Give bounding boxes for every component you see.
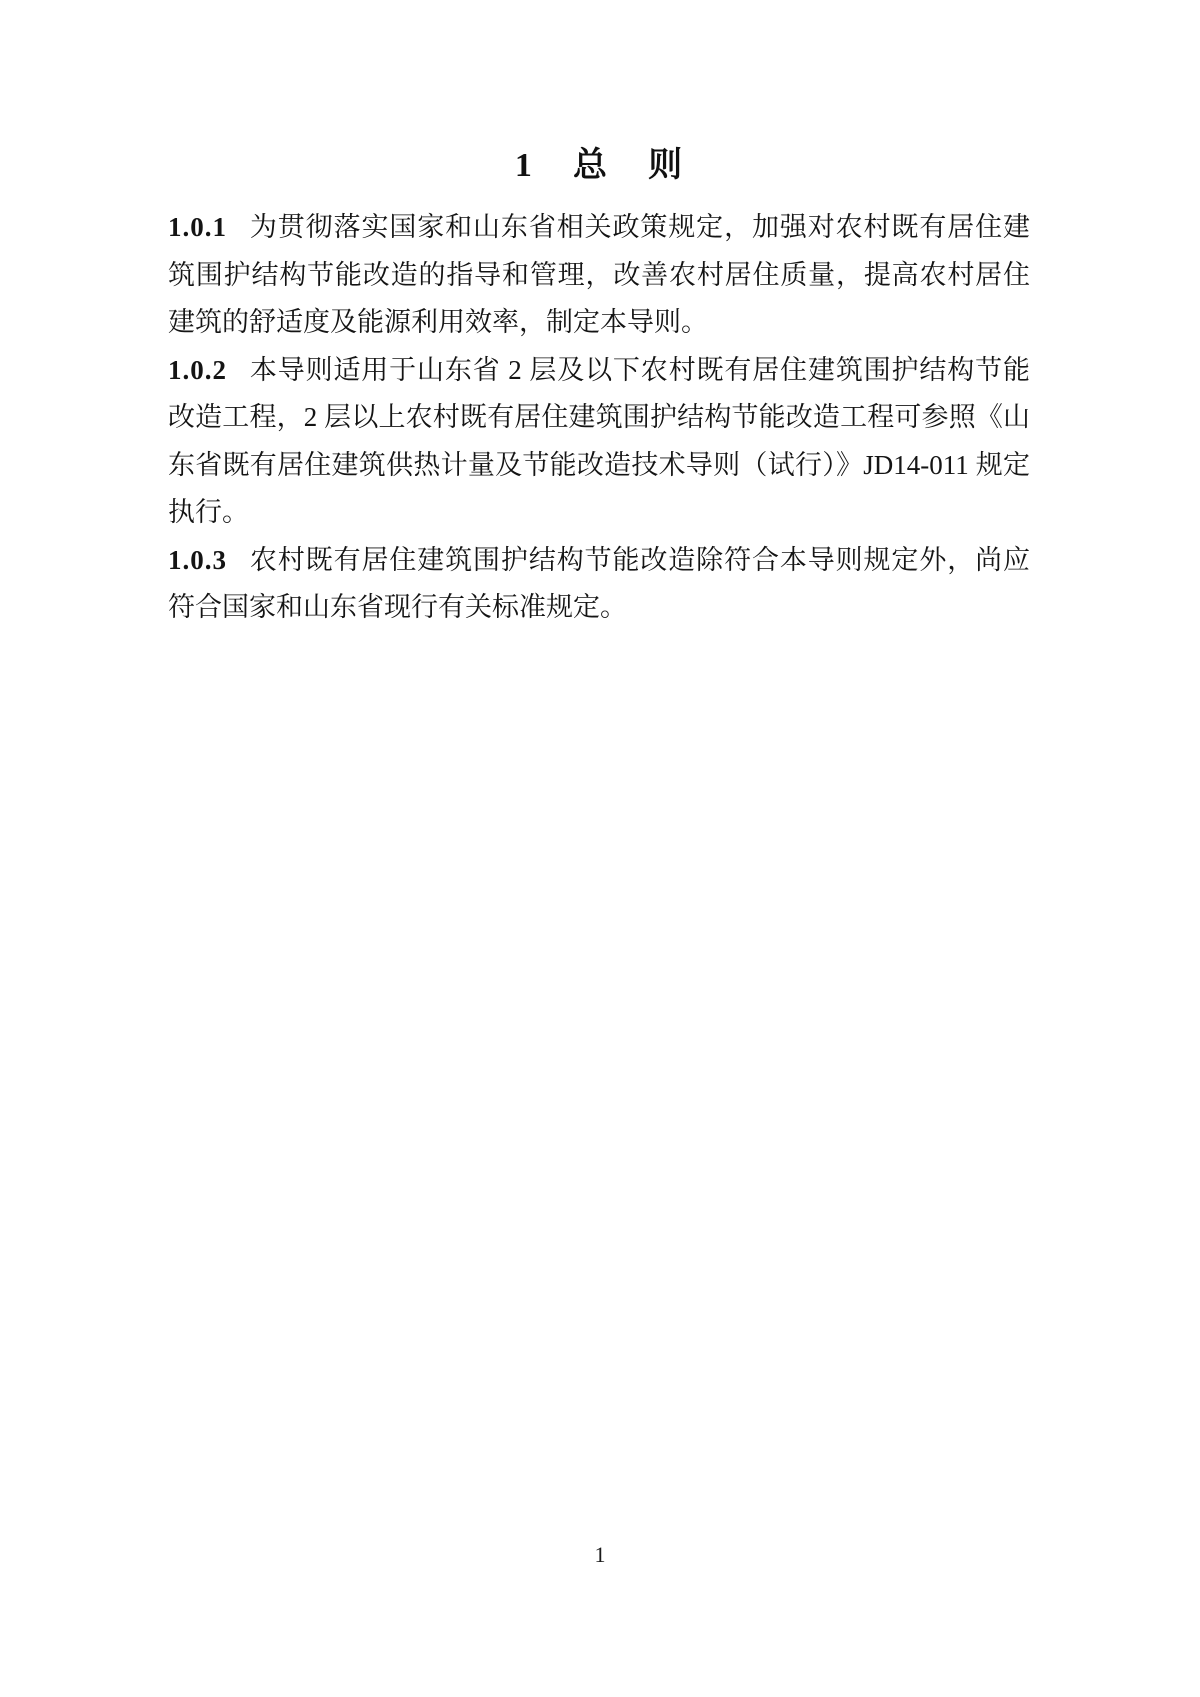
section-number: 1.0.1 — [168, 212, 227, 242]
section-paragraph-1.0.2: 1.0.2本导则适用于山东省 2 层及以下农村既有居住建筑围护结构节能改造工程，… — [168, 347, 1030, 537]
section-text: 为贯彻落实国家和山东省相关政策规定，加强对农村既有居住建筑围护结构节能改造的指导… — [168, 212, 1030, 337]
chapter-title: 1 总 则 — [168, 146, 1030, 186]
section-paragraph-1.0.3: 1.0.3农村既有居住建筑围护结构节能改造除符合本导则规定外，尚应符合国家和山东… — [168, 537, 1030, 632]
page-number: 1 — [0, 1540, 1200, 1570]
document-page: 1 总 则 1.0.1为贯彻落实国家和山东省相关政策规定，加强对农村既有居住建筑… — [0, 0, 1200, 1697]
section-number: 1.0.3 — [168, 545, 227, 575]
section-text: 本导则适用于山东省 2 层及以下农村既有居住建筑围护结构节能改造工程，2 层以上… — [168, 355, 1030, 528]
section-number: 1.0.2 — [168, 355, 227, 385]
page-content: 1 总 则 1.0.1为贯彻落实国家和山东省相关政策规定，加强对农村既有居住建筑… — [168, 146, 1030, 632]
section-paragraph-1.0.1: 1.0.1为贯彻落实国家和山东省相关政策规定，加强对农村既有居住建筑围护结构节能… — [168, 204, 1030, 347]
section-text: 农村既有居住建筑围护结构节能改造除符合本导则规定外，尚应符合国家和山东省现行有关… — [168, 545, 1030, 623]
